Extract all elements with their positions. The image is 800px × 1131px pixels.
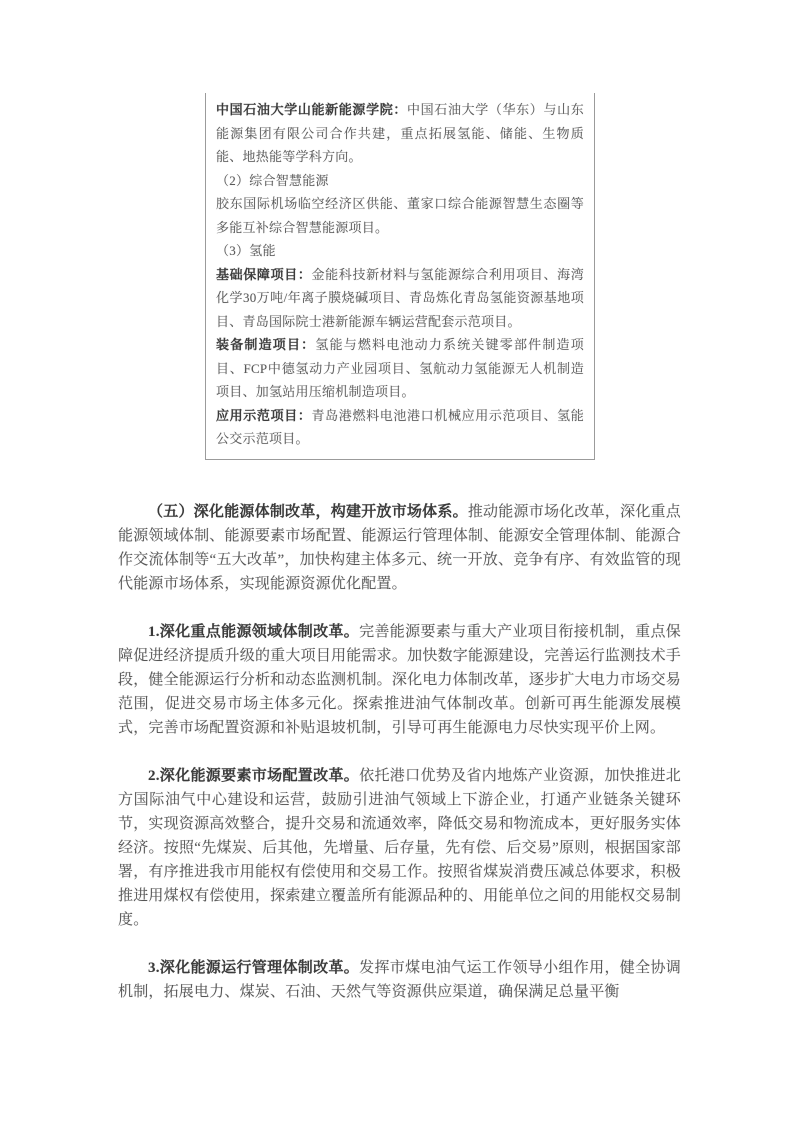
row-label: 装备制造项目：: [216, 337, 315, 352]
row-label: 应用示范项目：: [216, 408, 312, 423]
paragraph-item-1: 1.深化重点能源领域体制改革。完善能源要素与重大产业项目衔接机制，重点保障促进经…: [118, 620, 681, 740]
table-row: 胶东国际机场临空经济区供能、董家口综合能源智慧生态圈等多能互补综合智慧能源项目。: [216, 192, 584, 239]
body-text: （五）深化能源体制改革，构建开放市场体系。推动能源市场化改革，深化重点能源领域体…: [118, 500, 681, 1004]
table-row: 装备制造项目：氢能与燃料电池动力系统关键零部件制造项目、FCP中德氢动力产业园项…: [216, 333, 584, 404]
row-label: 基础保障项目：: [216, 267, 312, 282]
paragraph-lead: （五）深化能源体制改革，构建开放市场体系。: [148, 504, 468, 520]
table-row: 基础保障项目：金能科技新材料与氢能源综合利用项目、海湾化学30万吨/年离子膜烧碱…: [216, 263, 584, 334]
paragraph-item-2: 2.深化能源要素市场配置改革。依托港口优势及省内地炼产业资源，加快推进北方国际油…: [118, 764, 681, 932]
paragraph-section-5: （五）深化能源体制改革，构建开放市场体系。推动能源市场化改革，深化重点能源领域体…: [118, 500, 681, 596]
table-row: （2）综合智慧能源: [216, 169, 584, 193]
table-row: 中国石油大学山能新能源学院：中国石油大学（华东）与山东能源集团有限公司合作共建，…: [216, 98, 584, 169]
row-text: 胶东国际机场临空经济区供能、董家口综合能源智慧生态圈等多能互补综合智慧能源项目。: [216, 196, 584, 235]
paragraph-item-3: 3.深化能源运行管理体制改革。发挥市煤电油气运工作领导小组作用，健全协调机制，拓…: [118, 956, 681, 1004]
table-row: 应用示范项目：青岛港燃料电池港口机械应用示范项目、氢能公交示范项目。: [216, 404, 584, 451]
paragraph-body: 依托港口优势及省内地炼产业资源，加快推进北方国际油气中心建设和运营，鼓励引进油气…: [118, 768, 681, 928]
project-table-cell: 中国石油大学山能新能源学院：中国石油大学（华东）与山东能源集团有限公司合作共建，…: [205, 93, 595, 460]
paragraph-lead: 3.深化能源运行管理体制改革。: [148, 960, 359, 976]
paragraph-lead: 2.深化能源要素市场配置改革。: [148, 768, 359, 784]
row-label: 中国石油大学山能新能源学院：: [216, 102, 407, 117]
paragraph-body: 完善能源要素与重大产业项目衔接机制，重点保障促进经济提质升级的重大项目用能需求。…: [118, 624, 681, 736]
document-page: 中国石油大学山能新能源学院：中国石油大学（华东）与山东能源集团有限公司合作共建，…: [0, 0, 800, 1131]
paragraph-lead: 1.深化重点能源领域体制改革。: [148, 624, 359, 640]
table-row: （3）氢能: [216, 239, 584, 263]
row-text: （2）综合智慧能源: [216, 173, 329, 188]
row-text: （3）氢能: [216, 243, 276, 258]
